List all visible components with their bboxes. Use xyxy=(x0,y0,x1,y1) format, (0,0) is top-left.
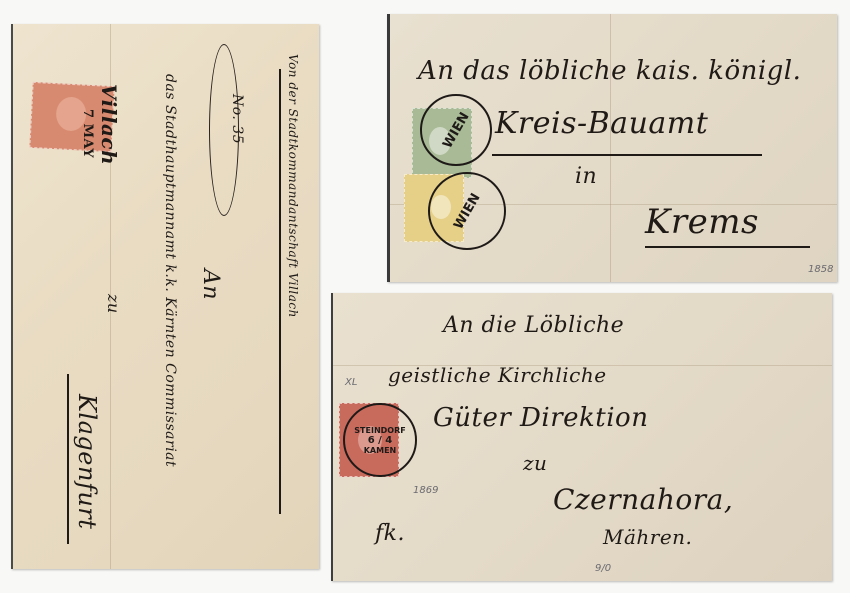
postmark-villach: Villach xyxy=(97,84,121,165)
address-line-3: An xyxy=(198,269,223,300)
pencil-note-year: 1869 xyxy=(413,485,438,496)
address-line-1: Von der Stadtkommandantschaft Villach xyxy=(286,54,300,318)
address-line-4: zu xyxy=(523,451,547,475)
address-line-2: No. 35 xyxy=(229,94,245,144)
fold-line xyxy=(610,14,611,282)
postmark-steindorf: STEINDORF 6 / 4 KAMEN xyxy=(343,403,417,477)
address-line-4: Krems xyxy=(645,202,759,242)
address-line-2: Kreis-Bauamt xyxy=(495,106,708,141)
address-line-6: Mähren. xyxy=(603,525,692,549)
postmark-wien-1: WIEN xyxy=(420,94,492,166)
postmark-wien-2: WIEN xyxy=(428,172,506,250)
address-line-4: das Stadthauptmannamt k.k. Kärnten Commi… xyxy=(162,74,178,467)
letter-villach-klagenfurt: Villach 7 MAY Von der Stadtkommandantsch… xyxy=(11,24,319,569)
address-line-6: Klagenfurt xyxy=(73,394,101,529)
sender-mark: fk. xyxy=(375,521,405,546)
address-line-2: geistliche Kirchliche xyxy=(388,363,607,387)
underline xyxy=(67,374,69,544)
pencil-note-xl: XL xyxy=(345,377,357,388)
address-line-3: in xyxy=(575,164,597,189)
pencil-note-year: 1858 xyxy=(808,264,833,275)
address-line-1: An das löbliche kais. königl. xyxy=(418,56,801,86)
pencil-note-fraction: 9/0 xyxy=(595,563,611,574)
address-line-3: Güter Direktion xyxy=(433,403,648,433)
underline xyxy=(492,154,762,156)
postmark-date: 7 MAY xyxy=(80,109,95,158)
letter-wien-krems: An das löbliche kais. königl. Kreis-Baua… xyxy=(387,14,837,282)
address-line-5: Czernahora, xyxy=(553,483,733,516)
letter-steindorf-czernahora: An die Löbliche geistliche Kirchliche Gü… xyxy=(331,293,832,581)
address-line-5: zu xyxy=(104,294,123,314)
underline xyxy=(645,246,810,248)
address-line-1: An die Löbliche xyxy=(443,313,624,338)
underline xyxy=(279,69,281,514)
